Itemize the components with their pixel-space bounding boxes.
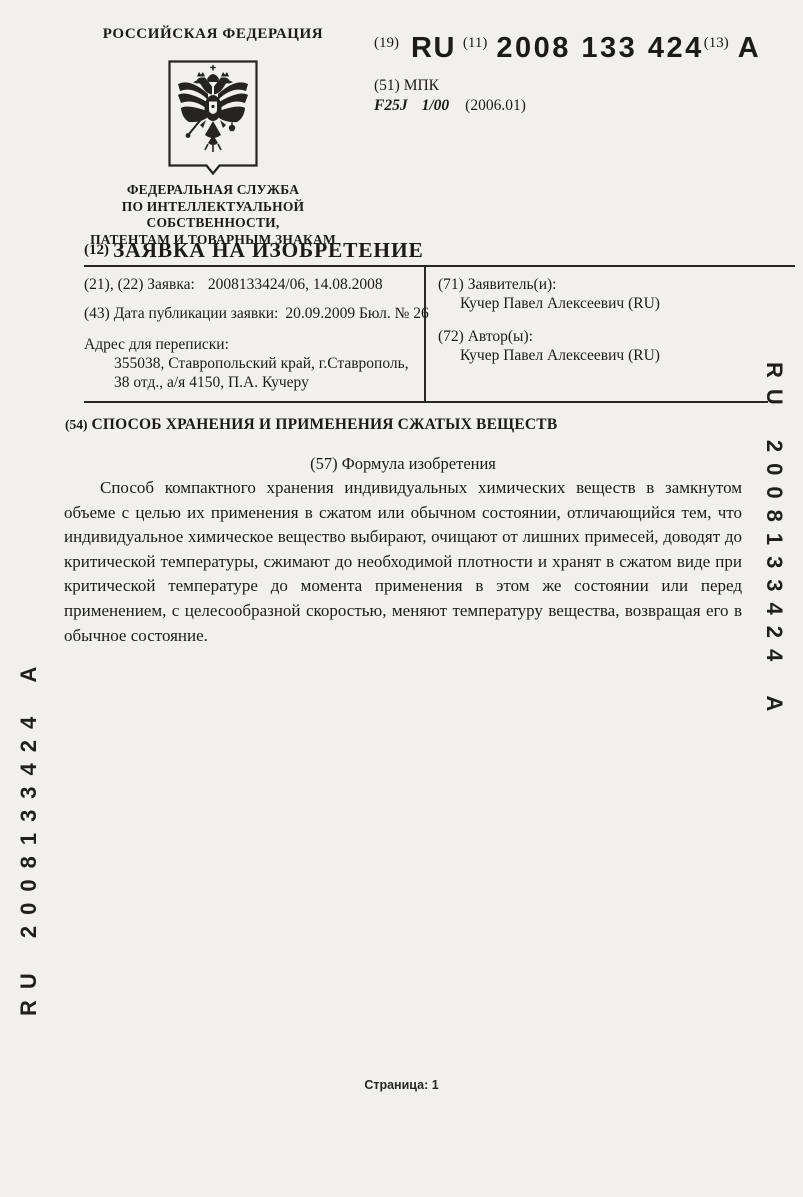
publication-number: 2008 133 424 xyxy=(496,32,703,64)
correspondence-address-line: 38 отд., а/я 4150, П.А. Кучеру xyxy=(84,373,414,392)
author-name: Кучер Павел Алексеевич (RU) xyxy=(438,346,788,366)
ipc-version: (2006.01) xyxy=(465,97,526,114)
patent-application-page: РОССИЙСКАЯ ФЕДЕРАЦИЯ xyxy=(0,0,803,1197)
claims-heading: (57) Формула изобретения xyxy=(64,454,742,474)
horizontal-rule-top xyxy=(84,265,795,267)
agency-line: ФЕДЕРАЛЬНАЯ СЛУЖБА xyxy=(63,182,363,199)
biblio-left-column: (21), (22) Заявка:2008133424/06, 14.08.2… xyxy=(84,276,414,392)
application-row: (21), (22) Заявка:2008133424/06, 14.08.2… xyxy=(84,276,414,294)
ipc-label: (51) МПК xyxy=(374,77,794,95)
applicant-name: Кучер Павел Алексеевич (RU) xyxy=(438,294,788,314)
document-kind-heading: (12)ЗАЯВКА НА ИЗОБРЕТЕНИЕ xyxy=(84,238,424,263)
header-right: (19)RU(11)2008 133 424(13)A (51) МПК F25… xyxy=(374,26,794,115)
publication-date-row: (43) Дата публикации заявки:20.09.2009 Б… xyxy=(84,305,414,323)
application-label: (21), (22) Заявка: xyxy=(84,276,195,293)
agency-line: ПО ИНТЕЛЛЕКТУАЛЬНОЙ СОБСТВЕННОСТИ, xyxy=(63,199,363,232)
vertical-publication-number-left: RU 2008133424 A xyxy=(16,656,42,1016)
publication-number-line: (19)RU(11)2008 133 424(13)A xyxy=(374,26,794,70)
header-left: РОССИЙСКАЯ ФЕДЕРАЦИЯ xyxy=(63,26,363,248)
biblio-right-column: (71) Заявитель(и): Кучер Павел Алексееви… xyxy=(438,276,788,366)
coat-of-arms-icon xyxy=(168,60,258,175)
publication-date-label: (43) Дата публикации заявки: xyxy=(84,305,278,322)
inid-code-11: (11) xyxy=(463,35,487,51)
ipc-class: F25J xyxy=(374,97,408,114)
country-name: РОССИЙСКАЯ ФЕДЕРАЦИЯ xyxy=(63,26,363,43)
invention-title-row: (54)СПОСОБ ХРАНЕНИЯ И ПРИМЕНЕНИЯ СЖАТЫХ … xyxy=(65,416,557,434)
inid-code-12: (12) xyxy=(84,242,109,258)
inid-code-54: (54) xyxy=(65,417,88,432)
authors-label: (72) Автор(ы): xyxy=(438,328,788,346)
correspondence-address-line: 355038, Ставропольский край, г.Ставропол… xyxy=(84,354,414,373)
horizontal-rule-bottom xyxy=(84,401,768,403)
applicant-label: (71) Заявитель(и): xyxy=(438,276,788,294)
claims-text: Способ компактного хранения индивидуальн… xyxy=(64,476,742,648)
inid-code-19: (19) xyxy=(374,35,399,51)
page-number: Страница: 1 xyxy=(0,1078,803,1092)
application-value: 2008133424/06, 14.08.2008 xyxy=(208,276,383,293)
document-kind-label: ЗАЯВКА НА ИЗОБРЕТЕНИЕ xyxy=(113,238,424,262)
publication-date-value: 20.09.2009 Бюл. № 26 xyxy=(285,305,428,322)
country-code: RU xyxy=(411,32,456,64)
spacer xyxy=(438,314,788,328)
inid-code-13: (13) xyxy=(704,35,729,51)
ipc-classification: F25J1/00(2006.01) xyxy=(374,97,794,115)
kind-code: A xyxy=(738,32,760,64)
ipc-subclass: 1/00 xyxy=(422,97,450,114)
invention-title: СПОСОБ ХРАНЕНИЯ И ПРИМЕНЕНИЯ СЖАТЫХ ВЕЩЕ… xyxy=(92,416,558,433)
correspondence-address-label: Адрес для переписки: xyxy=(84,336,414,354)
vertical-divider xyxy=(424,266,426,401)
vertical-publication-number-right: RU 2008133424 A xyxy=(761,362,787,722)
